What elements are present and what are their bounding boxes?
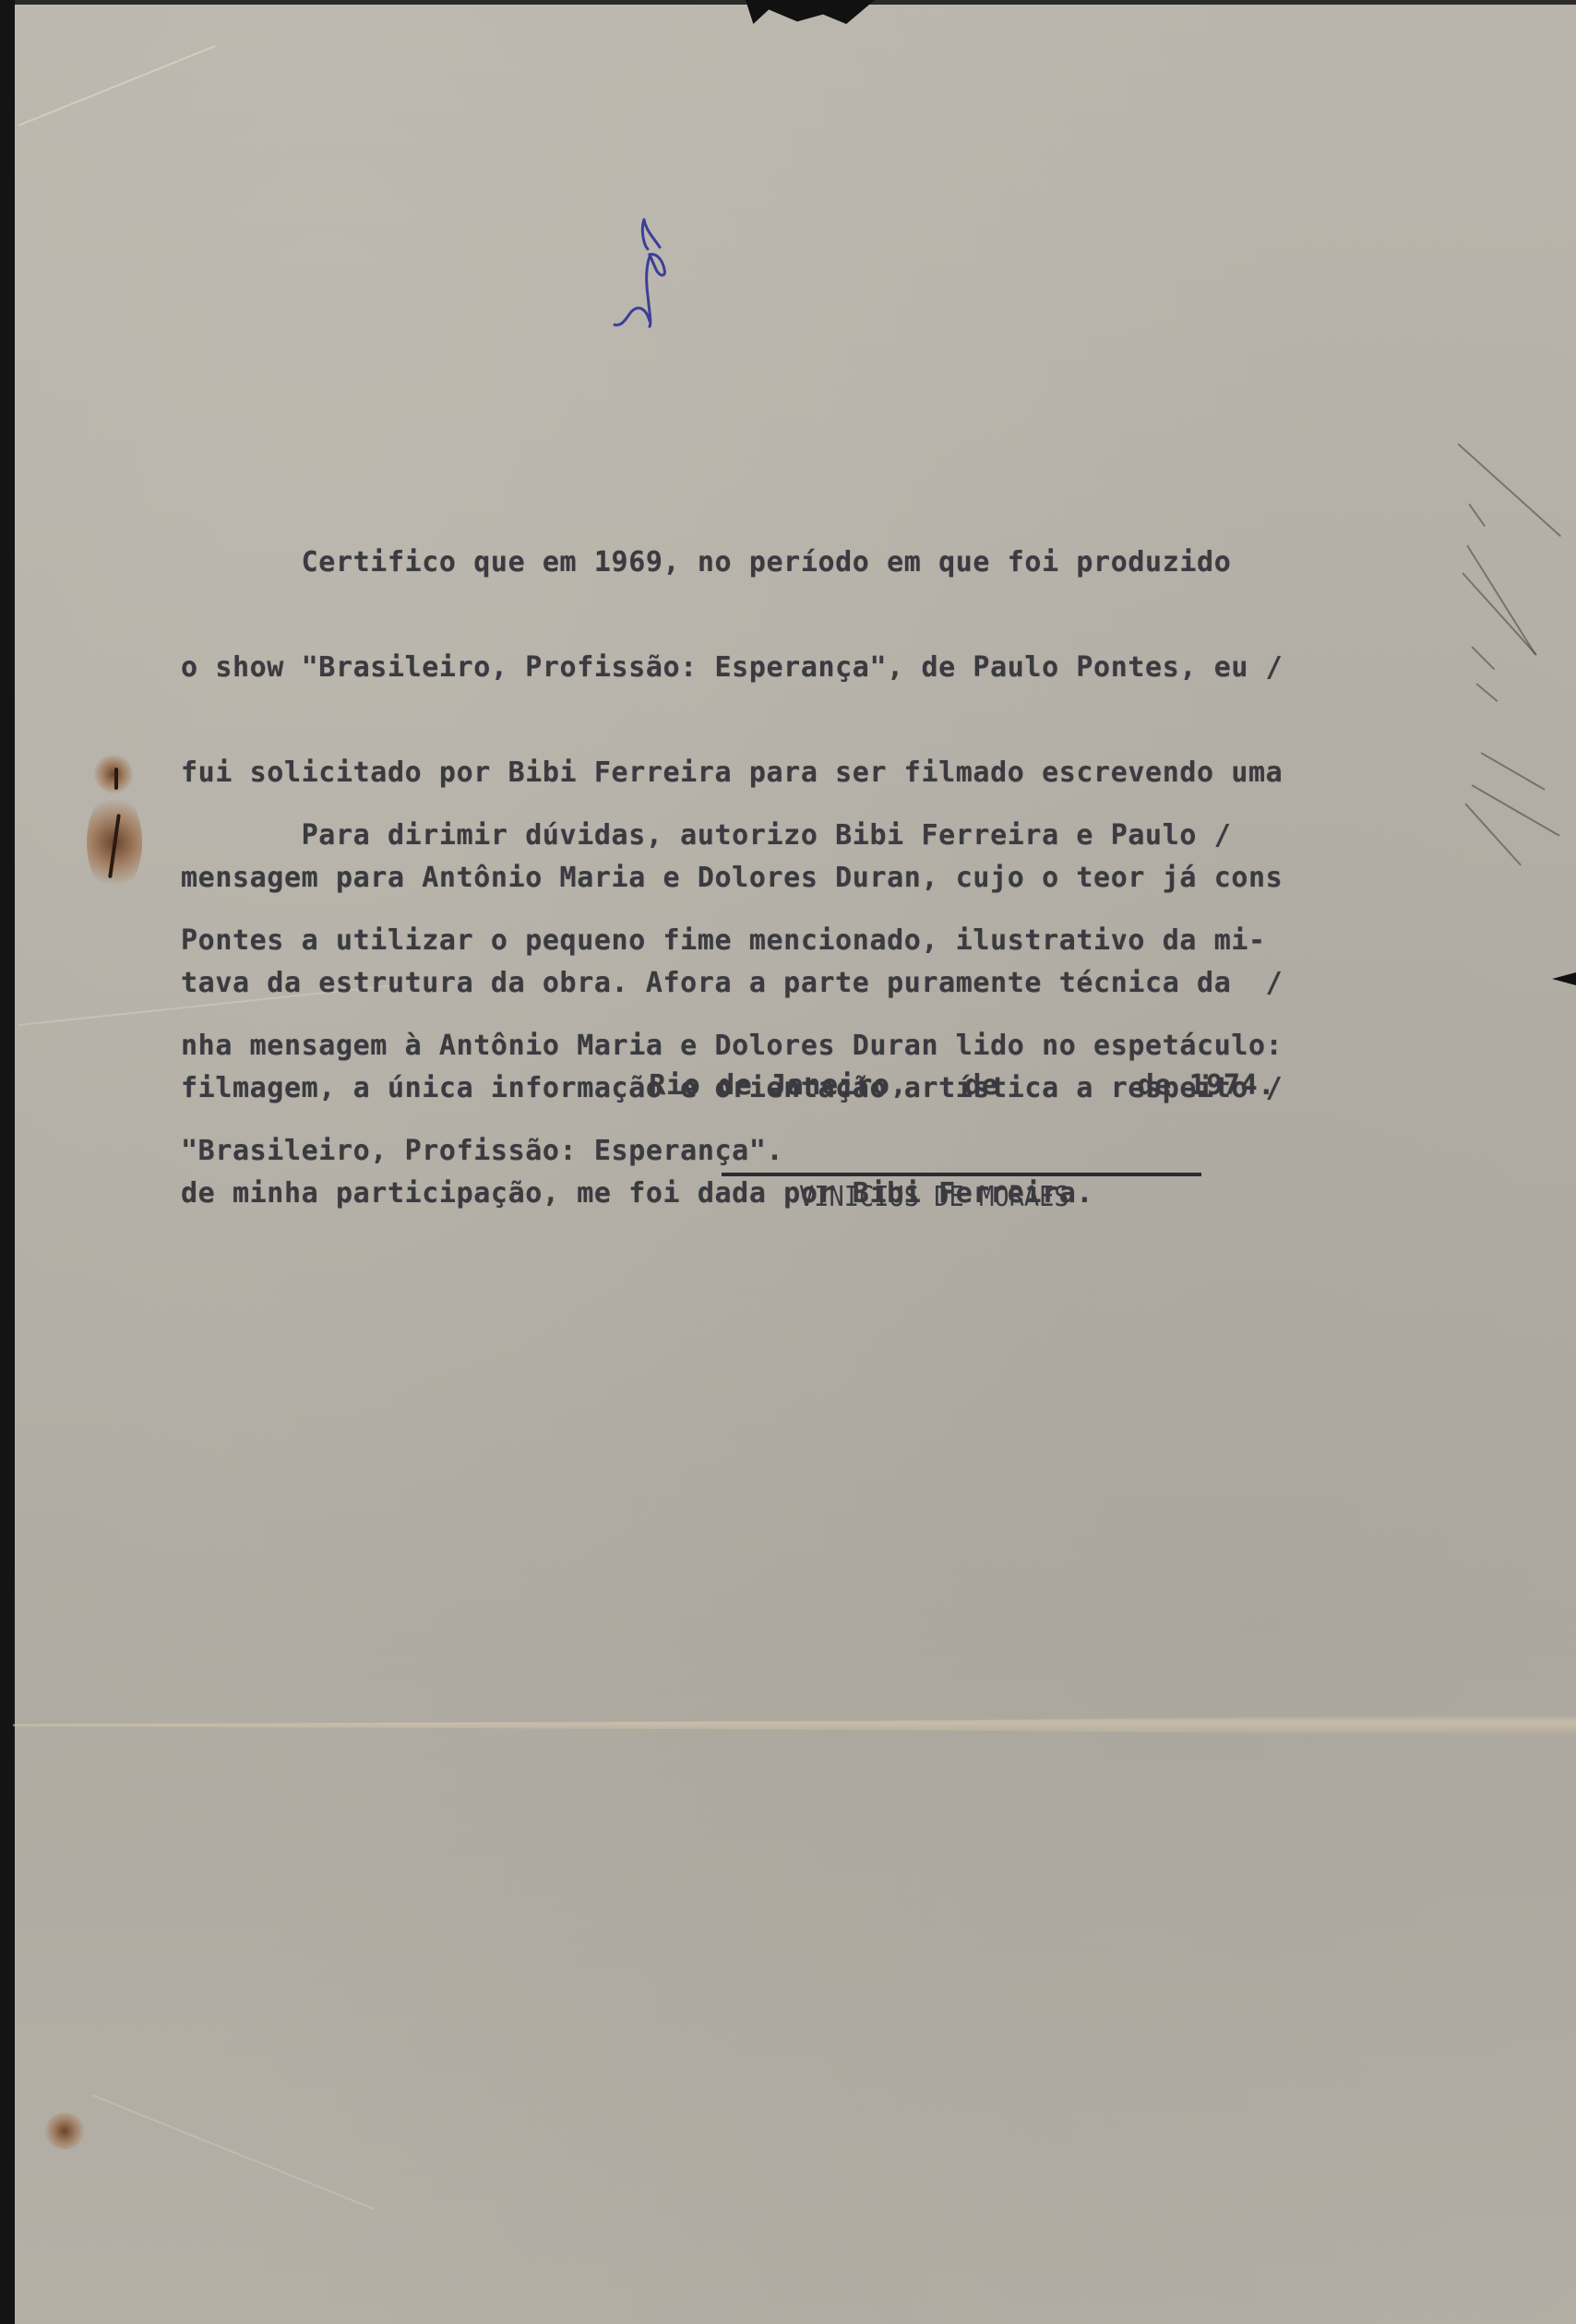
staple-hole xyxy=(114,768,118,790)
text-line: Pontes a utilizar o pequeno fime mencion… xyxy=(181,924,1283,959)
date-day-prefix: de xyxy=(964,1068,998,1103)
text-line: Certifico que em 1969, no período em que… xyxy=(181,545,1283,580)
place-city: Rio de Janeiro, xyxy=(649,1068,907,1103)
scan-border-left xyxy=(0,0,15,2324)
signature-line xyxy=(722,1173,1201,1176)
certificate-paragraph-2: Para dirimir dúvidas, autorizo Bibi Ferr… xyxy=(181,748,1283,1204)
signatory-name: VINICIUS DE MORAES xyxy=(799,1181,1069,1213)
date-year: de 1974. xyxy=(1138,1068,1275,1103)
place-and-date: Rio de Janeiro,dede 1974. xyxy=(615,1033,1275,1103)
rust-stain xyxy=(44,2113,85,2150)
text-line: "Brasileiro, Profissão: Esperança". xyxy=(181,1134,1283,1169)
handwritten-number-annotation xyxy=(609,212,692,341)
rust-stain xyxy=(94,755,133,793)
text-line: o show "Brasileiro, Profissão: Esperança… xyxy=(181,650,1283,685)
text-line: Para dirimir dúvidas, autorizo Bibi Ferr… xyxy=(181,818,1283,853)
